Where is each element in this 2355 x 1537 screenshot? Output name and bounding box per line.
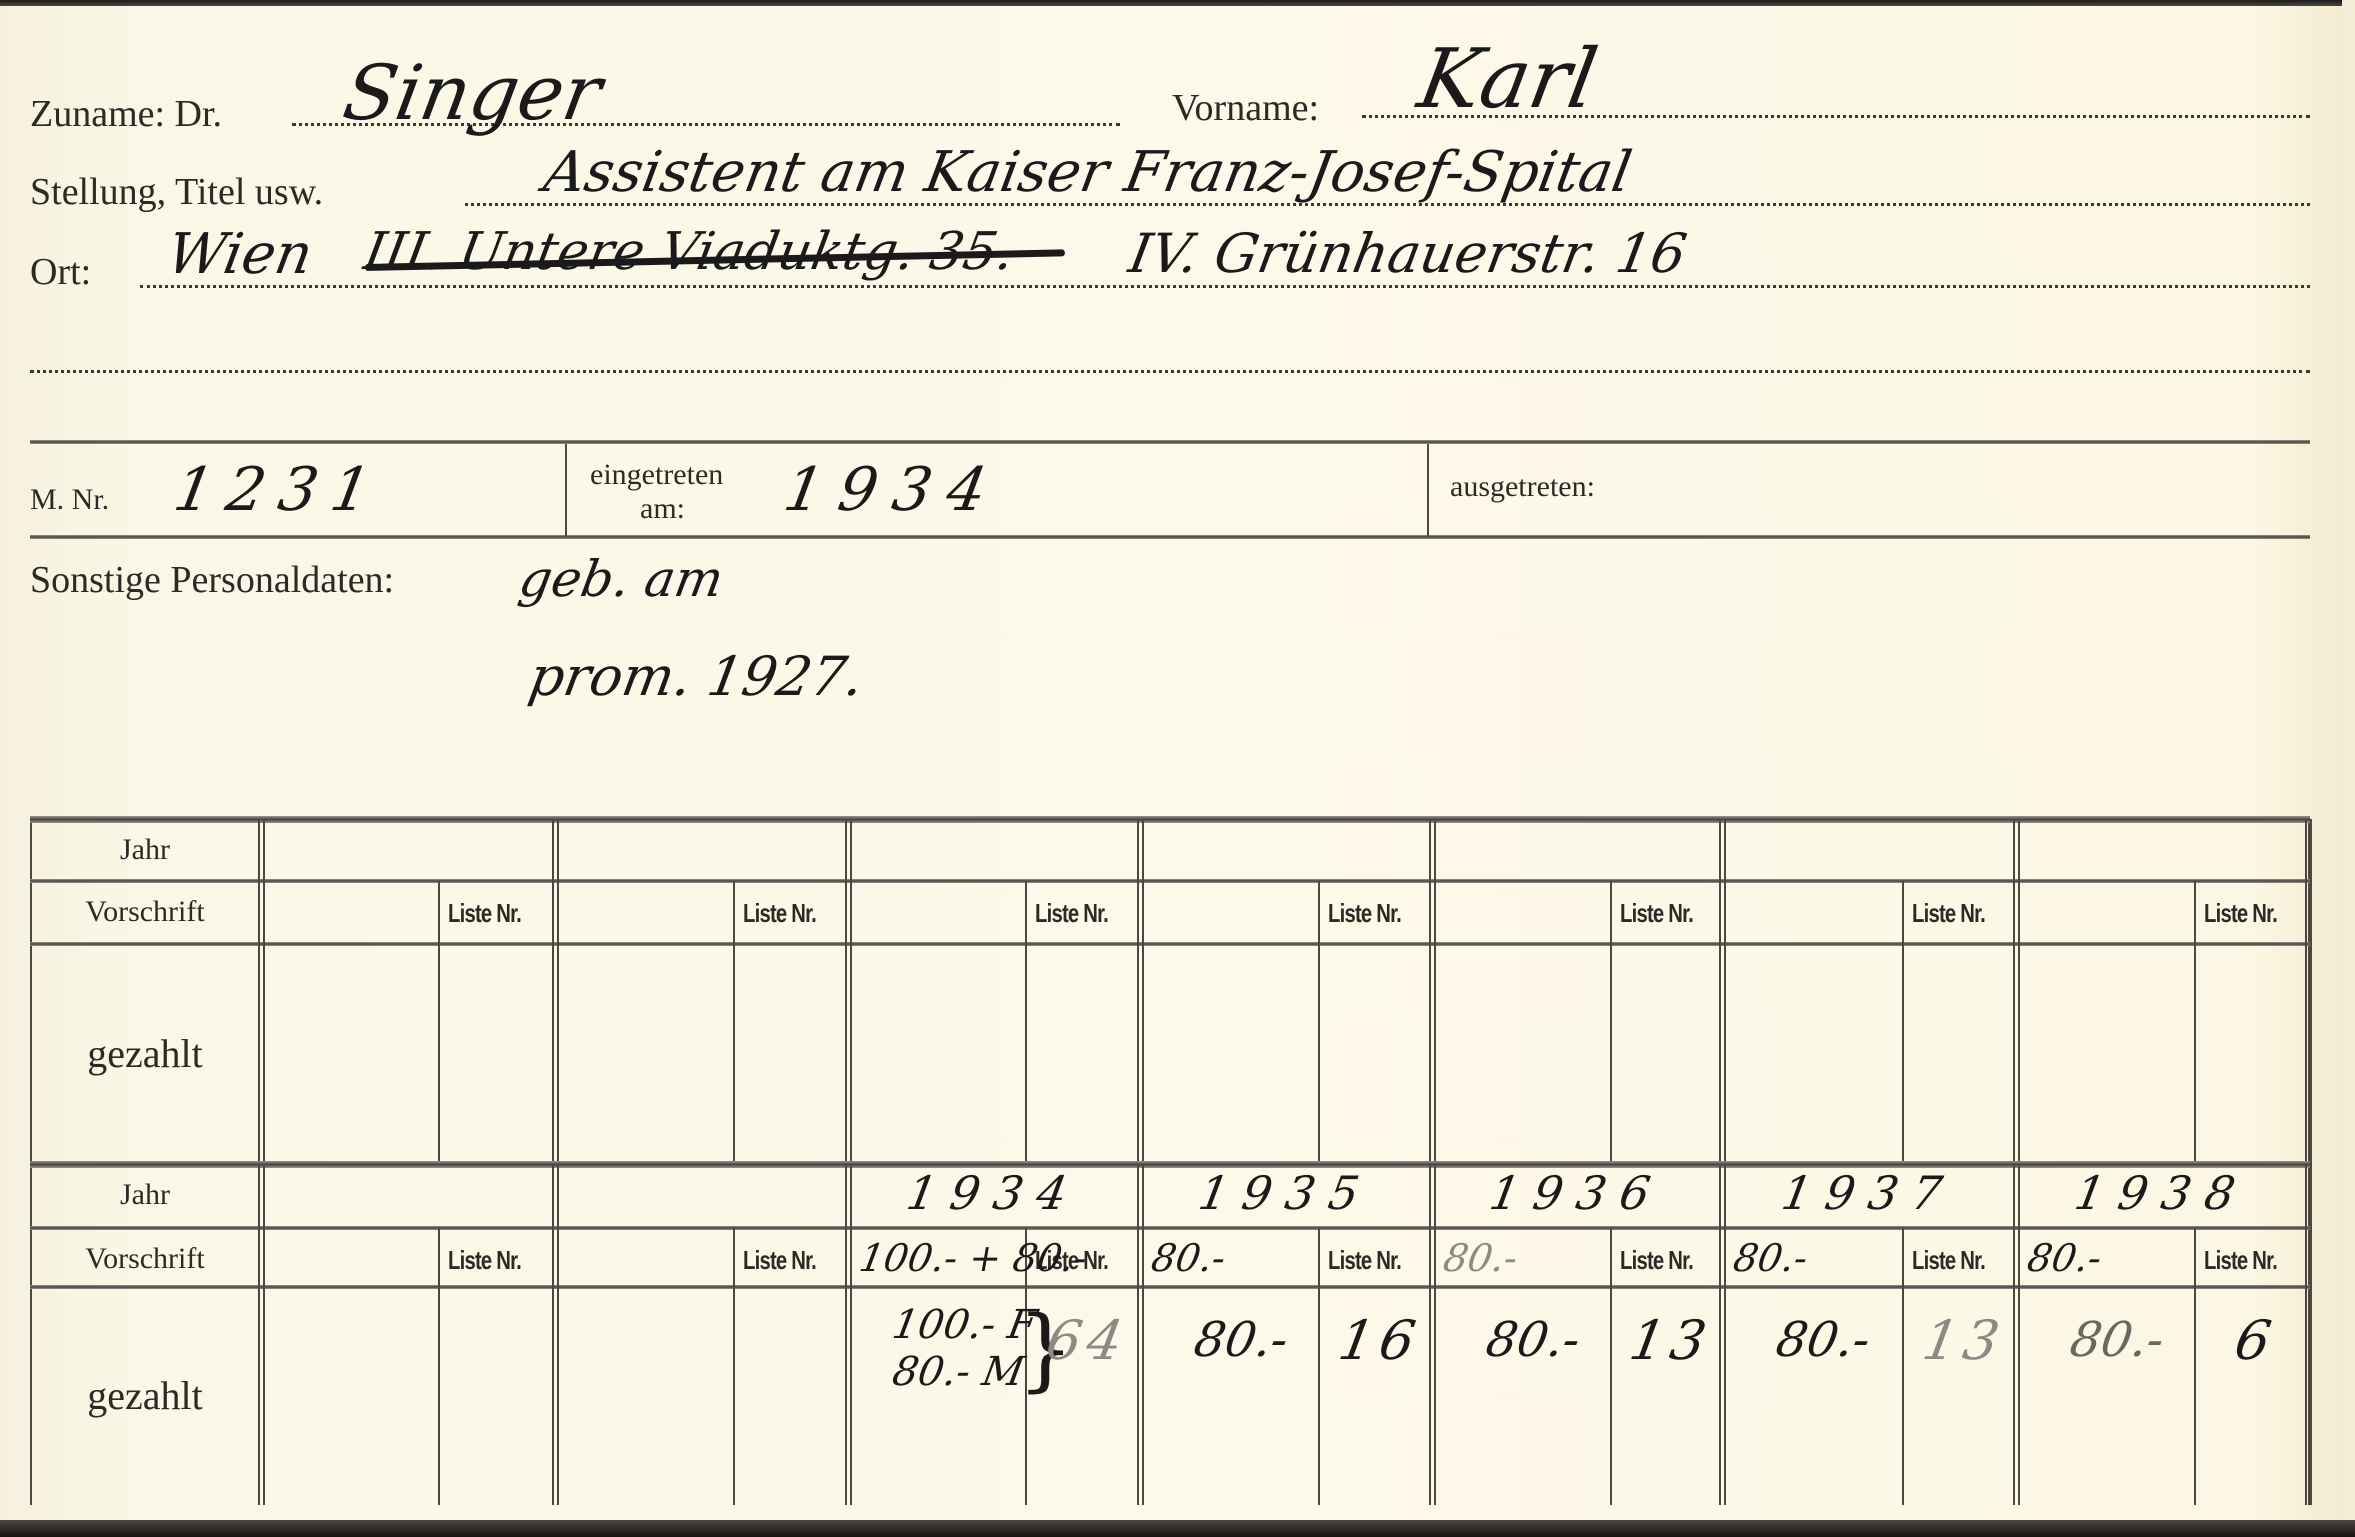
scan-bottom-edge xyxy=(0,1520,2355,1537)
vorschrift-cell[interactable]: 80.- xyxy=(1730,1236,1811,1280)
upper-label-divider xyxy=(258,819,265,1164)
liste-column-divider xyxy=(1025,881,1027,1164)
blank-field-line xyxy=(30,370,2310,373)
row-label-jahr: Jahr xyxy=(30,833,260,867)
liste-nr-header: Liste Nr. xyxy=(1328,1245,1401,1276)
upper-top-rule xyxy=(30,816,2310,823)
liste-nr-header: Liste Nr. xyxy=(1035,898,1108,929)
liste-nr-header: Liste Nr. xyxy=(743,898,816,929)
liste-column-divider xyxy=(1610,881,1612,1164)
ort-new-address[interactable]: IV. Grünhauerstr. 16 xyxy=(1124,222,1691,285)
liste-nr-header: Liste Nr. xyxy=(448,898,521,929)
liste-column-divider xyxy=(1318,1228,1320,1505)
mnr-bottom-rule xyxy=(30,535,2310,539)
year-cell[interactable]: 1934 xyxy=(843,1166,1145,1220)
row-label-vorschrift: Vorschrift xyxy=(30,1242,260,1276)
zuname-value[interactable]: Singer xyxy=(337,48,608,137)
liste-nr-cell[interactable]: 6 xyxy=(2208,1309,2303,1372)
liste-column-divider xyxy=(438,881,440,1164)
ort-label: Ort: xyxy=(30,250,91,294)
sonstige-label: Sonstige Personaldaten: xyxy=(30,558,394,602)
liste-nr-header: Liste Nr. xyxy=(1912,898,1985,929)
liste-nr-cell[interactable]: 13 xyxy=(1624,1309,1717,1372)
year-column-divider xyxy=(1429,819,1436,1164)
vorschrift-cell[interactable]: 80.- xyxy=(2024,1236,2105,1280)
lower-vorschrift-rule xyxy=(30,1285,2310,1289)
eingetreten-am-label: am: xyxy=(640,492,685,526)
vorschrift-cell[interactable]: 80.- xyxy=(1148,1236,1229,1280)
ort-field-line xyxy=(140,285,2310,288)
liste-column-divider xyxy=(1318,881,1320,1164)
ort-city[interactable]: Wien xyxy=(162,222,317,287)
year-column-divider xyxy=(845,819,852,1164)
vorname-label: Vorname: xyxy=(1172,86,1319,130)
row-label-jahr: Jahr xyxy=(30,1178,260,1212)
year-column-divider xyxy=(552,819,559,1164)
upper-vorschrift-rule xyxy=(30,942,2310,946)
liste-nr-header: Liste Nr. xyxy=(448,1245,521,1276)
year-column-divider xyxy=(1719,819,1726,1164)
vorname-value[interactable]: Karl xyxy=(1412,32,1604,127)
liste-nr-cell[interactable]: 16 xyxy=(1332,1309,1427,1372)
year-cell[interactable]: 1935 xyxy=(1135,1166,1437,1220)
liste-nr-header: Liste Nr. xyxy=(2204,898,2277,929)
row-label-vorschrift: Vorschrift xyxy=(30,895,260,929)
year-cell[interactable]: 1938 xyxy=(2011,1166,2313,1220)
gezahlt-cell[interactable]: 80.- xyxy=(1190,1312,1292,1368)
sonstige-line-1[interactable]: geb. am xyxy=(515,550,728,608)
row-label-gezahlt: gezahlt xyxy=(30,1030,260,1077)
row-label-gezahlt: gezahlt xyxy=(30,1372,260,1419)
gezahlt-cell[interactable]: 80.- xyxy=(1482,1312,1584,1368)
liste-column-divider xyxy=(2194,881,2196,1164)
liste-column-divider xyxy=(1610,1228,1612,1505)
year-column-divider xyxy=(552,1164,559,1505)
liste-column-divider xyxy=(2194,1228,2196,1505)
sonstige-line-2[interactable]: prom. 1927. xyxy=(524,645,868,708)
year-column-divider xyxy=(2305,1164,2312,1505)
liste-column-divider xyxy=(1902,1228,1904,1505)
upper-jahr-rule xyxy=(30,879,2310,883)
liste-column-divider xyxy=(438,1228,440,1505)
liste-column-divider xyxy=(733,1228,735,1505)
lower-label-divider xyxy=(258,1164,265,1505)
gezahlt-cell[interactable]: 80.- xyxy=(1772,1312,1874,1368)
stellung-value[interactable]: Assistent am Kaiser Franz-Josef-Spital xyxy=(539,140,1636,205)
liste-nr-cell[interactable]: 13 xyxy=(1916,1309,2011,1372)
liste-column-divider xyxy=(1902,881,1904,1164)
year-column-divider xyxy=(1137,819,1144,1164)
vorschrift-cell[interactable]: 80.- xyxy=(1440,1236,1521,1280)
liste-column-divider xyxy=(733,881,735,1164)
mnr-divider xyxy=(565,444,567,536)
gezahlt-cell-2[interactable]: 80.- M xyxy=(889,1349,1028,1395)
mnr-value[interactable]: 1231 xyxy=(169,455,390,525)
year-cell[interactable]: 1936 xyxy=(1427,1166,1727,1220)
liste-nr-header: Liste Nr. xyxy=(2204,1245,2277,1276)
mnr-label: M. Nr. xyxy=(30,483,109,517)
stellung-label: Stellung, Titel usw. xyxy=(30,170,323,214)
eingetreten-divider xyxy=(1427,444,1429,536)
liste-nr-header: Liste Nr. xyxy=(1328,898,1401,929)
year-cell[interactable]: 1937 xyxy=(1717,1166,2021,1220)
liste-nr-header: Liste Nr. xyxy=(743,1245,816,1276)
liste-nr-header: Liste Nr. xyxy=(1620,1245,1693,1276)
ausgetreten-label: ausgetreten: xyxy=(1450,470,1595,504)
vorschrift-cell[interactable]: 100.- + 80.- xyxy=(856,1236,1090,1280)
eingetreten-label: eingetreten xyxy=(590,458,723,492)
liste-nr-cell[interactable]: 64 xyxy=(1039,1309,1135,1372)
year-column-divider xyxy=(2013,819,2020,1164)
liste-nr-header: Liste Nr. xyxy=(1620,898,1693,929)
mnr-top-rule xyxy=(30,440,2310,444)
scan-right-edge xyxy=(2342,0,2355,1537)
lower-jahr-rule xyxy=(30,1226,2310,1230)
year-column-divider xyxy=(2305,819,2312,1164)
liste-nr-header: Liste Nr. xyxy=(1912,1245,1985,1276)
zuname-label: Zuname: Dr. xyxy=(30,92,222,136)
eingetreten-value[interactable]: 1934 xyxy=(779,455,1008,525)
gezahlt-cell[interactable]: 80.- xyxy=(2066,1312,2168,1368)
